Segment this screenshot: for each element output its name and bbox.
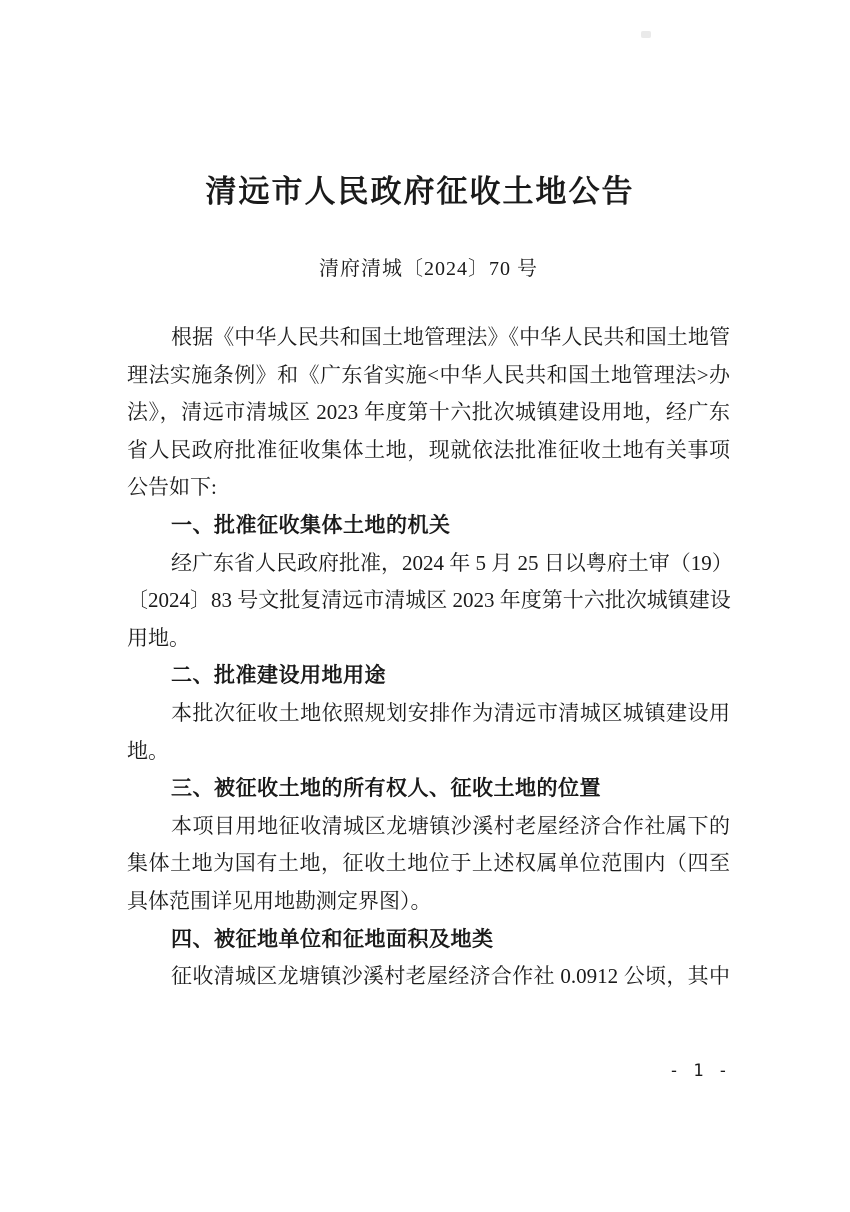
- section-heading: 一、批准征收集体土地的机关: [127, 507, 730, 545]
- section-heading: 四、被征地单位和征地面积及地类: [127, 921, 730, 959]
- scan-artifact: [641, 31, 651, 38]
- text-line: 省人民政府批准征收集体土地，现就依法批准征收土地有关事项: [127, 432, 730, 470]
- page-number: - 1 -: [669, 1061, 730, 1081]
- section-heading: 二、批准建设用地用途: [127, 657, 730, 695]
- text-line: 地。: [127, 733, 730, 771]
- document-number: 清府清城〔2024〕70 号: [127, 252, 730, 281]
- text-line: 公告如下:: [127, 469, 730, 507]
- document-body: 根据《中华人民共和国土地管理法》《中华人民共和国土地管理法实施条例》和《广东省实…: [127, 319, 730, 996]
- section-heading: 三、被征收土地的所有权人、征收土地的位置: [127, 770, 730, 808]
- text-line: 根据《中华人民共和国土地管理法》《中华人民共和国土地管: [127, 319, 730, 357]
- text-line: 具体范围详见用地勘测定界图）。: [127, 883, 730, 921]
- text-line: 征收清城区龙塘镇沙溪村老屋经济合作社 0.0912 公顷，其中: [127, 958, 730, 996]
- text-line: 〔2024〕83 号文批复清远市清城区 2023 年度第十六批次城镇建设: [127, 582, 730, 620]
- text-line: 经广东省人民政府批准，2024 年 5 月 25 日以粤府土审（19）: [127, 545, 730, 583]
- text-line: 法》，清远市清城区 2023 年度第十六批次城镇建设用地，经广东: [127, 394, 730, 432]
- document-title: 清远市人民政府征收土地公告: [110, 166, 730, 211]
- document-page: 清远市人民政府征收土地公告 清府清城〔2024〕70 号 根据《中华人民共和国土…: [0, 0, 850, 1212]
- text-line: 本项目用地征收清城区龙塘镇沙溪村老屋经济合作社属下的: [127, 808, 730, 846]
- text-line: 理法实施条例》和《广东省实施<中华人民共和国土地管理法>办: [127, 357, 730, 395]
- text-line: 集体土地为国有土地，征收土地位于上述权属单位范围内（四至: [127, 845, 730, 883]
- text-line: 用地。: [127, 620, 730, 658]
- text-line: 本批次征收土地依照规划安排作为清远市清城区城镇建设用: [127, 695, 730, 733]
